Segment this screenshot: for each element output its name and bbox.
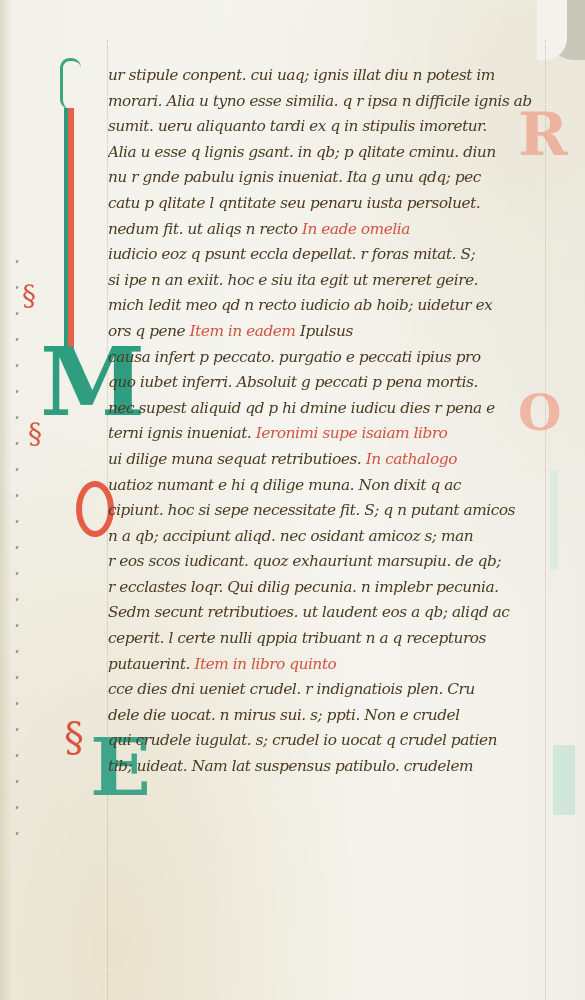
text-line: ceperit. l certe nulli qppia tribuant n … <box>108 626 548 652</box>
text-line: Alia u esse q lignis gsant. in qb; p qli… <box>108 140 548 166</box>
text-line: causa infert p peccato. purgatio e pecca… <box>108 345 548 371</box>
text-line: n a qb; accipiunt aliqd. nec osidant ami… <box>108 524 548 550</box>
text-line: ui dilige muna sequat retributioes. In c… <box>108 447 548 473</box>
red-flourish: § <box>28 420 42 448</box>
manuscript-folio: R O § M § § E ur stipule conpent. cui ua… <box>0 0 585 1000</box>
text-line: nec supest aliquid qd p hi dmine iudicu … <box>108 396 548 422</box>
text-line: iudicio eoz q psunt eccla depellat. r fo… <box>108 242 548 268</box>
initial-i-flourish <box>60 58 81 109</box>
text-line: qui crudele iugulat. s; crudel io uocat … <box>108 728 548 754</box>
text-line: r ecclastes loqr. Qui dilig pecunia. n i… <box>108 575 548 601</box>
text-line: mich ledit meo qd n recto iudicio ab hoi… <box>108 293 548 319</box>
text-line: dele die uocat. n mirus sui. s; ppti. No… <box>108 703 548 729</box>
text-line: r eos scos iudicant. quoz exhauriunt mar… <box>108 549 548 575</box>
rubric: In cathalogo <box>366 450 457 468</box>
rubric: In eade omelia <box>302 220 410 238</box>
rubric: Item in libro quinto <box>194 655 336 673</box>
text-line: nu r gnde pabulu ignis inueniat. Ita g u… <box>108 165 548 191</box>
red-flourish: § <box>22 282 36 310</box>
text-line: cipiunt. hoc si sepe necessitate fit. S;… <box>108 498 548 524</box>
text-line: quo iubet inferri. Absoluit g peccati p … <box>108 370 548 396</box>
page-corner-curl <box>537 0 567 60</box>
text-line: Sedm secunt retributioes. ut laudent eos… <box>108 600 548 626</box>
text-line: uatioz numant e hi q dilige muna. Non di… <box>108 473 548 499</box>
initial-i <box>64 108 74 353</box>
text-line: cce dies dni ueniet crudel. r indignatio… <box>108 677 548 703</box>
text-line: tib; uideat. Nam lat suspensus patibulo.… <box>108 754 548 780</box>
text-line: nedum fit. ut aliqs n recto In eade omel… <box>108 217 548 243</box>
offset-ghost-green-mark <box>553 745 575 815</box>
text-line: ur stipule conpent. cui uaq; ignis illat… <box>108 63 548 89</box>
text-line: catu p qlitate l qntitate seu penaru ius… <box>108 191 548 217</box>
rubric: Ieronimi supe isaiam libro <box>256 424 448 442</box>
text-column: ur stipule conpent. cui uaq; ignis illat… <box>108 63 548 780</box>
text-line: morari. Alia u tyno esse similia. q r ip… <box>108 89 548 115</box>
rubric: Item in eadem <box>190 322 296 340</box>
text-line: si ipe n an exiit. hoc e siu ita egit ut… <box>108 268 548 294</box>
text-line: sumit. ueru aliquanto tardi ex q in stip… <box>108 114 548 140</box>
text-line: putauerint. Item in libro quinto <box>108 652 548 678</box>
text-line: ors q pene Item in eadem Ipulsus <box>108 319 548 345</box>
text-line: terni ignis inueniat. Ieronimi supe isai… <box>108 421 548 447</box>
offset-ghost-green-stroke <box>550 470 558 570</box>
red-flourish: § <box>64 718 84 758</box>
